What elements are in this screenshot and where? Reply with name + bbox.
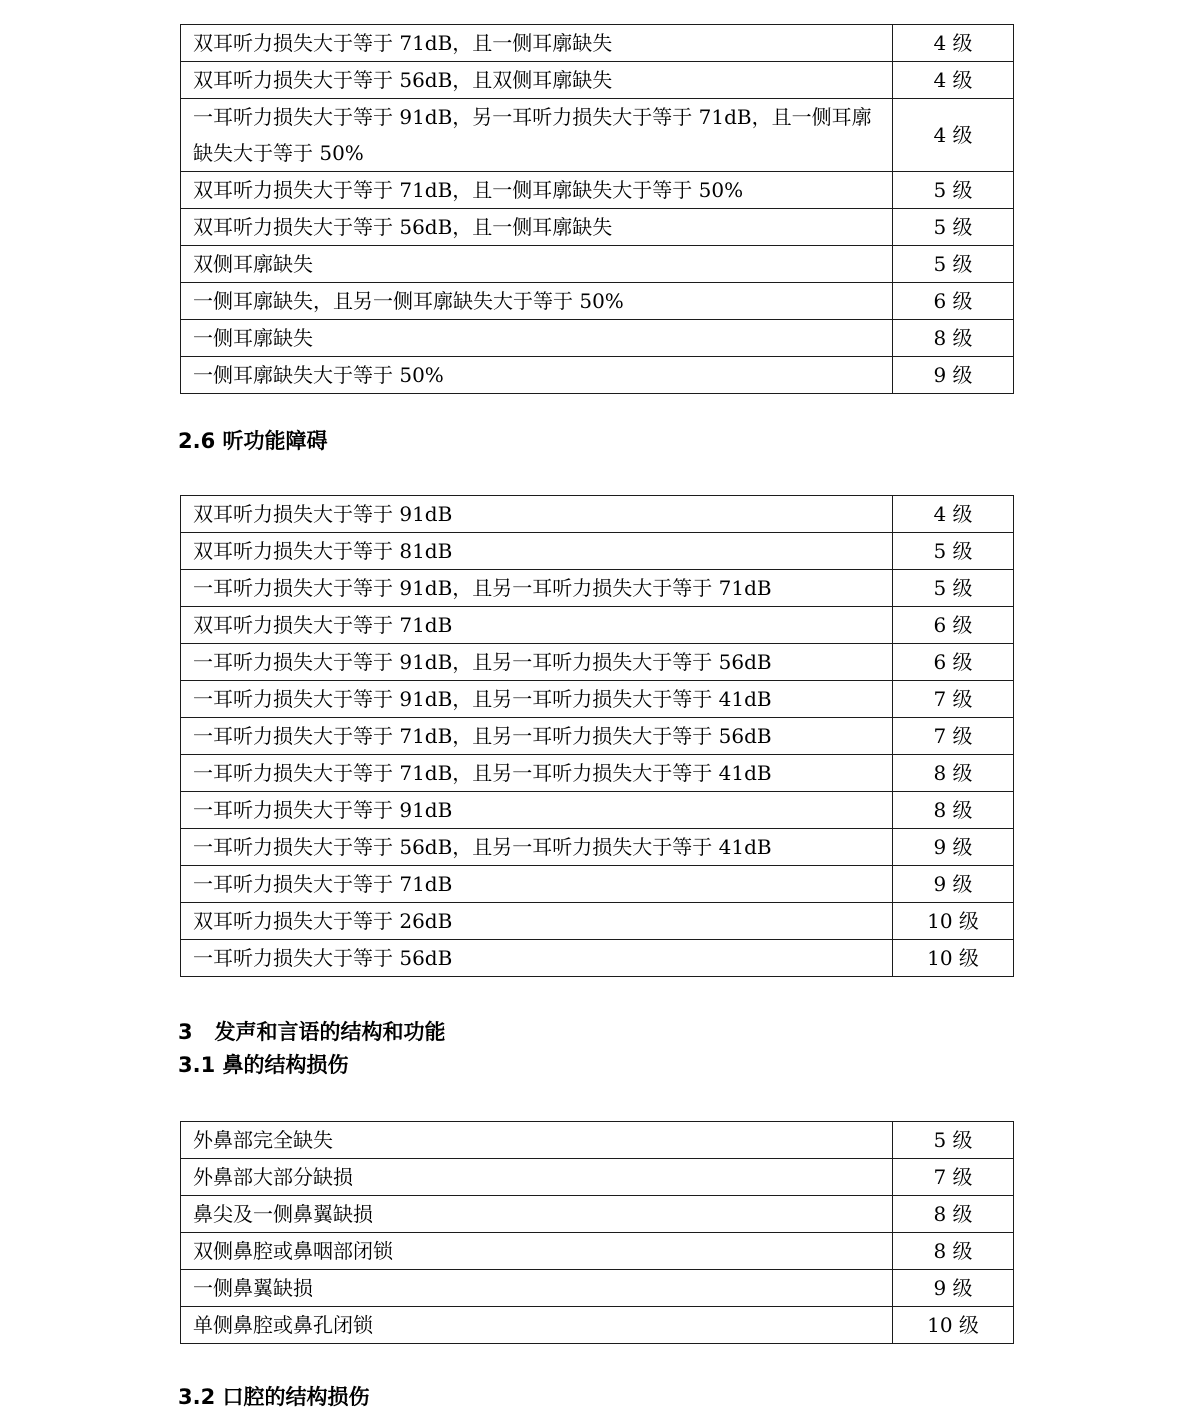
table-row: 一耳听力损失大于等于 91dB，且另一耳听力损失大于等于 56dB 6 级 [181, 644, 1014, 681]
table-row: 一侧耳廓缺失大于等于 50% 9 级 [181, 357, 1014, 394]
table-row: 一侧耳廓缺失 8 级 [181, 320, 1014, 357]
table-row: 双耳听力损失大于等于 91dB 4 级 [181, 496, 1014, 533]
grade-cell: 10 级 [893, 1307, 1014, 1344]
table-row: 双耳听力损失大于等于 56dB，且双侧耳廓缺失 4 级 [181, 62, 1014, 99]
grade-cell: 8 级 [893, 320, 1014, 357]
table-row: 外鼻部完全缺失 5 级 [181, 1122, 1014, 1159]
grade-cell: 5 级 [893, 209, 1014, 246]
grade-cell: 4 级 [893, 496, 1014, 533]
table-row: 双耳听力损失大于等于 81dB 5 级 [181, 533, 1014, 570]
table-row: 双耳听力损失大于等于 71dB 6 级 [181, 607, 1014, 644]
criterion-cell: 一耳听力损失大于等于 56dB [181, 940, 893, 977]
grade-cell: 5 级 [893, 246, 1014, 283]
grade-cell: 9 级 [893, 829, 1014, 866]
table-row: 一耳听力损失大于等于 56dB 10 级 [181, 940, 1014, 977]
grade-cell: 7 级 [893, 718, 1014, 755]
section-heading-3-2: 3.2 口腔的结构损伤 [178, 1384, 370, 1410]
table-row: 双耳听力损失大于等于 71dB，且一侧耳廓缺失大于等于 50% 5 级 [181, 172, 1014, 209]
criterion-cell: 鼻尖及一侧鼻翼缺损 [181, 1196, 893, 1233]
criterion-cell: 一耳听力损失大于等于 91dB [181, 792, 893, 829]
grade-cell: 7 级 [893, 1159, 1014, 1196]
criterion-cell: 双耳听力损失大于等于 56dB，且一侧耳廓缺失 [181, 209, 893, 246]
grade-cell: 8 级 [893, 1196, 1014, 1233]
table-row: 一耳听力损失大于等于 56dB，且另一耳听力损失大于等于 41dB 9 级 [181, 829, 1014, 866]
section-heading-2-6: 2.6 听功能障碍 [178, 428, 328, 454]
table-row: 双耳听力损失大于等于 71dB，且一侧耳廓缺失 4 级 [181, 25, 1014, 62]
grade-cell: 8 级 [893, 755, 1014, 792]
grade-cell: 6 级 [893, 607, 1014, 644]
criterion-cell: 一耳听力损失大于等于 91dB，且另一耳听力损失大于等于 56dB [181, 644, 893, 681]
section-heading-3-1: 3.1 鼻的结构损伤 [178, 1052, 349, 1078]
table-row: 一耳听力损失大于等于 91dB 8 级 [181, 792, 1014, 829]
criterion-cell: 双耳听力损失大于等于 71dB [181, 607, 893, 644]
grade-cell: 8 级 [893, 792, 1014, 829]
table-row: 一耳听力损失大于等于 91dB，且另一耳听力损失大于等于 41dB 7 级 [181, 681, 1014, 718]
grade-cell: 6 级 [893, 283, 1014, 320]
criterion-cell: 外鼻部大部分缺损 [181, 1159, 893, 1196]
nose-structure-table: 外鼻部完全缺失 5 级 外鼻部大部分缺损 7 级 鼻尖及一侧鼻翼缺损 8 级 双… [180, 1121, 1014, 1344]
table-row: 一耳听力损失大于等于 91dB，且另一耳听力损失大于等于 71dB 5 级 [181, 570, 1014, 607]
criterion-cell: 一侧耳廓缺失大于等于 50% [181, 357, 893, 394]
table-row: 双耳听力损失大于等于 26dB 10 级 [181, 903, 1014, 940]
criterion-cell: 外鼻部完全缺失 [181, 1122, 893, 1159]
grade-cell: 6 级 [893, 644, 1014, 681]
criterion-cell: 一耳听力损失大于等于 56dB，且另一耳听力损失大于等于 41dB [181, 829, 893, 866]
hearing-function-table: 双耳听力损失大于等于 91dB 4 级 双耳听力损失大于等于 81dB 5 级 … [180, 495, 1014, 977]
table-row: 一耳听力损失大于等于 91dB，另一耳听力损失大于等于 71dB，且一侧耳廓缺失… [181, 99, 1014, 172]
table-row: 一耳听力损失大于等于 71dB，且另一耳听力损失大于等于 56dB 7 级 [181, 718, 1014, 755]
criterion-cell: 双侧耳廓缺失 [181, 246, 893, 283]
table-row: 双耳听力损失大于等于 56dB，且一侧耳廓缺失 5 级 [181, 209, 1014, 246]
grade-cell: 8 级 [893, 1233, 1014, 1270]
grade-cell: 9 级 [893, 1270, 1014, 1307]
criterion-cell: 双耳听力损失大于等于 71dB，且一侧耳廓缺失 [181, 25, 893, 62]
criterion-cell: 一侧耳廓缺失 [181, 320, 893, 357]
table-row: 单侧鼻腔或鼻孔闭锁 10 级 [181, 1307, 1014, 1344]
criterion-cell: 一耳听力损失大于等于 71dB [181, 866, 893, 903]
criterion-cell: 双耳听力损失大于等于 56dB，且双侧耳廓缺失 [181, 62, 893, 99]
criterion-cell: 一侧耳廓缺失，且另一侧耳廓缺失大于等于 50% [181, 283, 893, 320]
table-row: 一耳听力损失大于等于 71dB，且另一耳听力损失大于等于 41dB 8 级 [181, 755, 1014, 792]
grade-cell: 5 级 [893, 570, 1014, 607]
criterion-cell: 双耳听力损失大于等于 81dB [181, 533, 893, 570]
criterion-cell: 一耳听力损失大于等于 71dB，且另一耳听力损失大于等于 41dB [181, 755, 893, 792]
grade-cell: 5 级 [893, 533, 1014, 570]
criterion-cell: 一耳听力损失大于等于 91dB，且另一耳听力损失大于等于 41dB [181, 681, 893, 718]
grade-cell: 9 级 [893, 866, 1014, 903]
criterion-cell: 一耳听力损失大于等于 91dB，且另一耳听力损失大于等于 71dB [181, 570, 893, 607]
criterion-cell: 单侧鼻腔或鼻孔闭锁 [181, 1307, 893, 1344]
grade-cell: 5 级 [893, 172, 1014, 209]
table-row: 双侧鼻腔或鼻咽部闭锁 8 级 [181, 1233, 1014, 1270]
grade-cell: 5 级 [893, 1122, 1014, 1159]
criterion-cell: 一耳听力损失大于等于 71dB，且另一耳听力损失大于等于 56dB [181, 718, 893, 755]
table-row: 鼻尖及一侧鼻翼缺损 8 级 [181, 1196, 1014, 1233]
grade-cell: 7 级 [893, 681, 1014, 718]
grade-cell: 9 级 [893, 357, 1014, 394]
grade-cell: 4 级 [893, 62, 1014, 99]
criterion-cell: 一侧鼻翼缺损 [181, 1270, 893, 1307]
table-row: 外鼻部大部分缺损 7 级 [181, 1159, 1014, 1196]
criterion-cell: 双侧鼻腔或鼻咽部闭锁 [181, 1233, 893, 1270]
ear-structure-table: 双耳听力损失大于等于 71dB，且一侧耳廓缺失 4 级 双耳听力损失大于等于 5… [180, 24, 1014, 394]
criterion-cell: 一耳听力损失大于等于 91dB，另一耳听力损失大于等于 71dB，且一侧耳廓缺失… [181, 99, 893, 172]
grade-cell: 10 级 [893, 940, 1014, 977]
criterion-cell: 双耳听力损失大于等于 26dB [181, 903, 893, 940]
table-row: 双侧耳廓缺失 5 级 [181, 246, 1014, 283]
grade-cell: 4 级 [893, 99, 1014, 172]
document-page: 双耳听力损失大于等于 71dB，且一侧耳廓缺失 4 级 双耳听力损失大于等于 5… [0, 0, 1190, 1428]
section-heading-3: 3 发声和言语的结构和功能 [178, 1019, 446, 1045]
table-row: 一侧鼻翼缺损 9 级 [181, 1270, 1014, 1307]
grade-cell: 10 级 [893, 903, 1014, 940]
table-row: 一耳听力损失大于等于 71dB 9 级 [181, 866, 1014, 903]
table-row: 一侧耳廓缺失，且另一侧耳廓缺失大于等于 50% 6 级 [181, 283, 1014, 320]
criterion-cell: 双耳听力损失大于等于 91dB [181, 496, 893, 533]
criterion-cell: 双耳听力损失大于等于 71dB，且一侧耳廓缺失大于等于 50% [181, 172, 893, 209]
grade-cell: 4 级 [893, 25, 1014, 62]
